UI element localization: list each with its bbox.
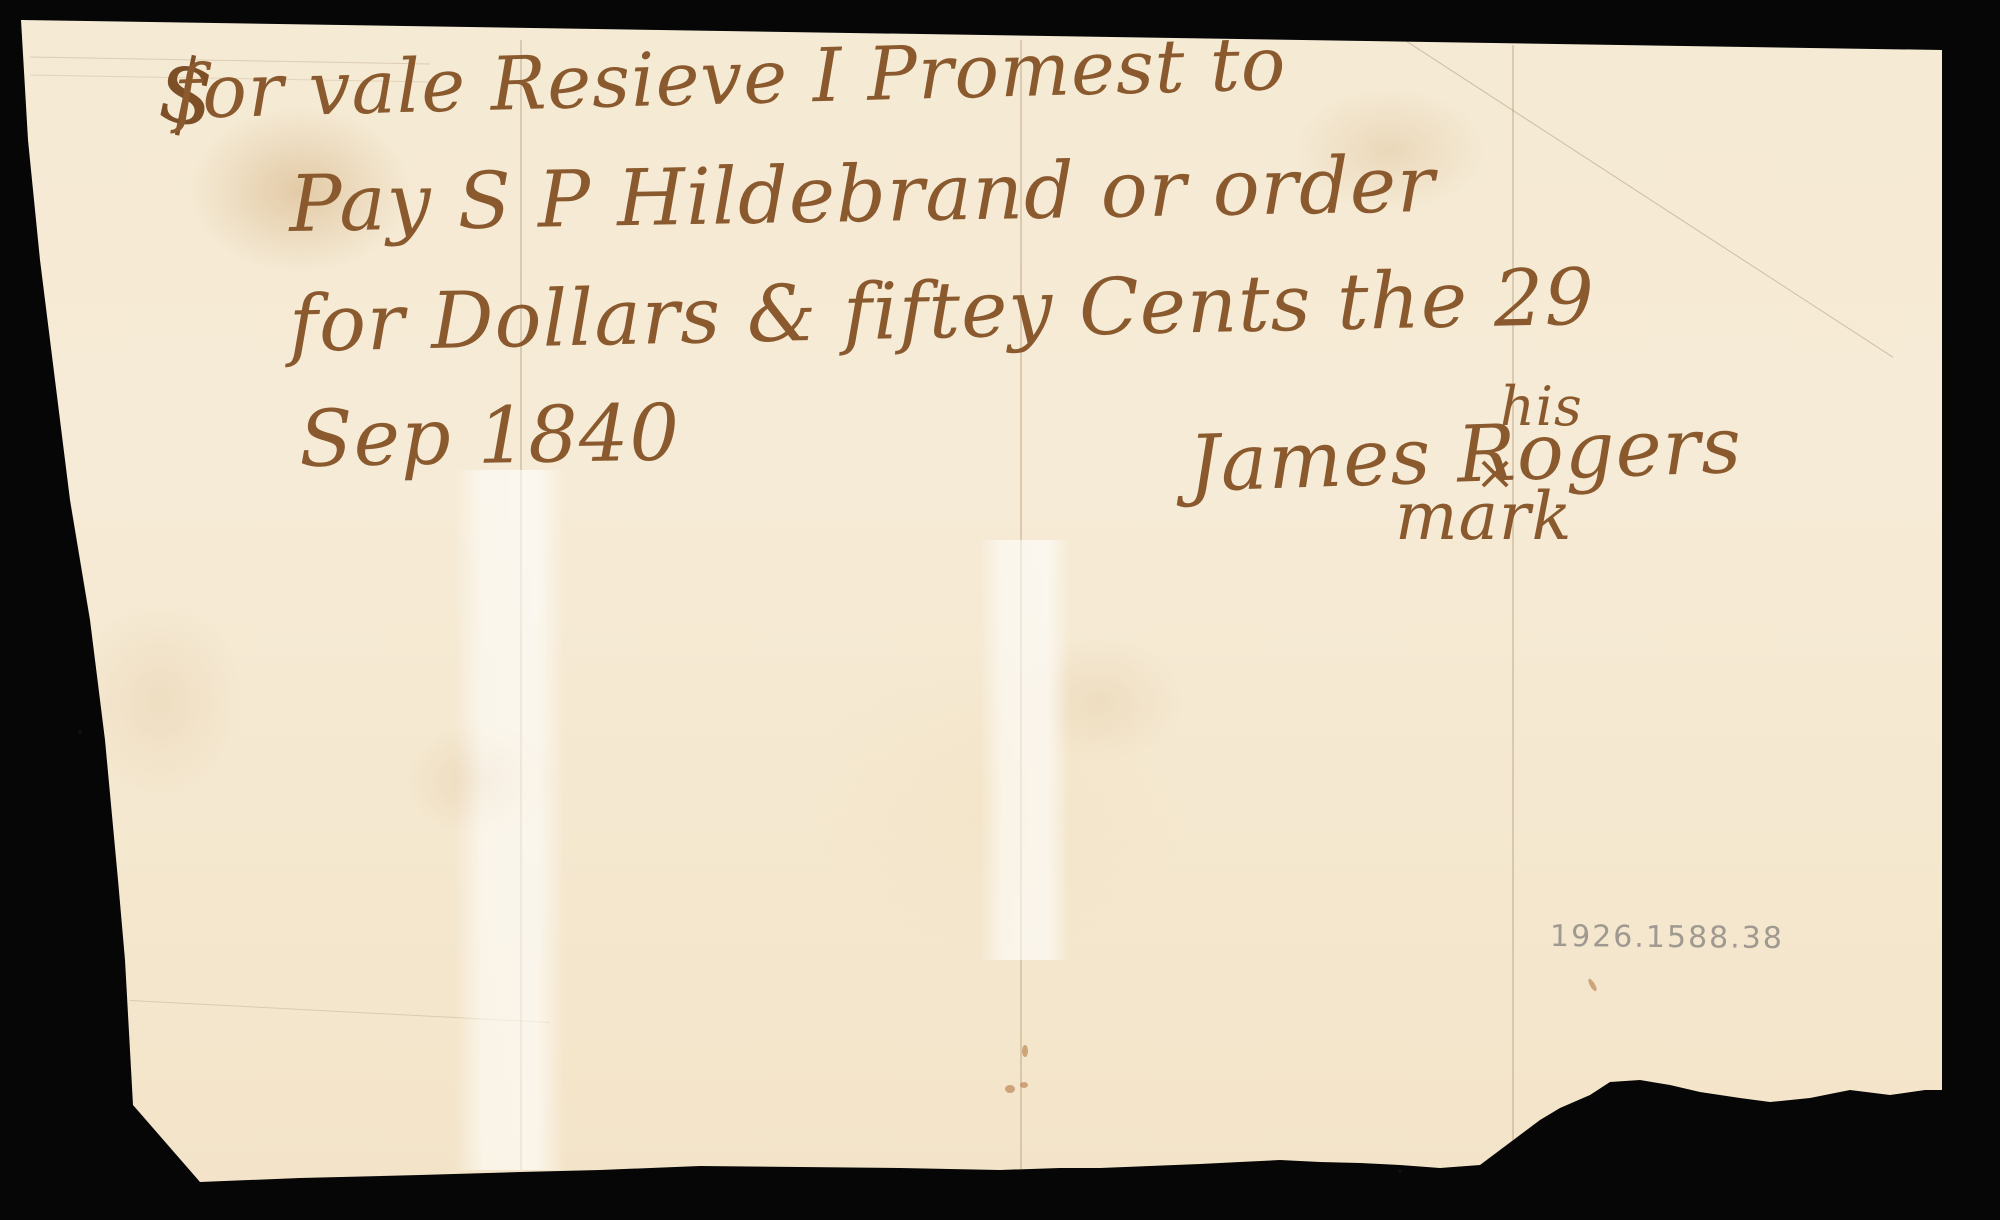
rust-spot xyxy=(1005,1085,1015,1093)
scan-background: $ for vale Resieve I Promest to Pay S P … xyxy=(0,0,2000,1220)
signature-mark-label: mark xyxy=(1395,478,1572,555)
rust-spot xyxy=(1022,1045,1028,1057)
note-line-3: for Dollars & fiftey Cents the 29 xyxy=(288,253,1596,370)
rust-spot xyxy=(1020,1082,1028,1088)
note-line-1: for vale Resieve I Promest to xyxy=(173,21,1288,136)
note-line-2: Pay S P Hildebrand or order xyxy=(288,140,1436,250)
repair-tissue-strip xyxy=(455,470,565,1170)
note-date: Sep 1840 xyxy=(298,388,680,485)
rust-spot xyxy=(1587,978,1598,993)
fold-line xyxy=(1512,45,1514,1145)
catalog-number: 1926.1588.38 xyxy=(1550,919,1784,956)
repair-tissue-strip xyxy=(980,540,1070,960)
promissory-note-paper: $ for vale Resieve I Promest to Pay S P … xyxy=(0,0,2000,1220)
